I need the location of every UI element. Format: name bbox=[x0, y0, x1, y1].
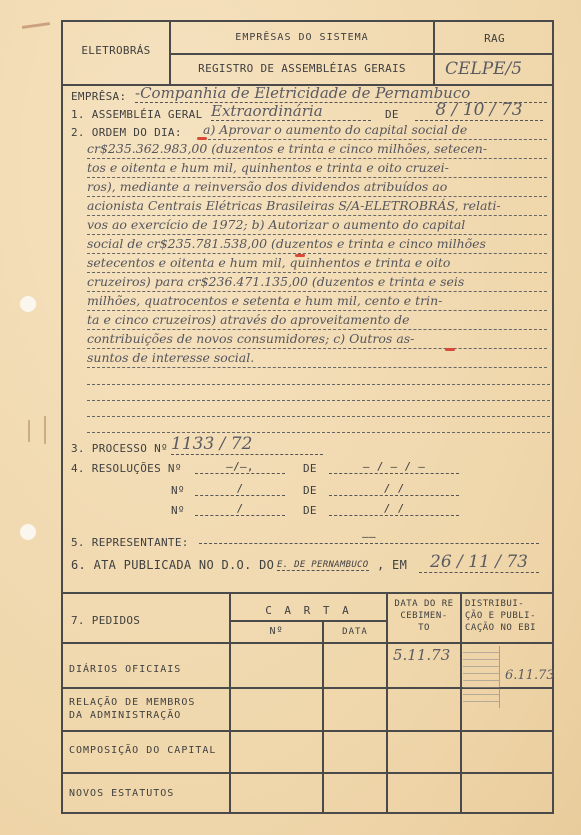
assembleia-date: 8 / 10 / 73 bbox=[415, 100, 543, 121]
carta-no-header: Nº bbox=[231, 626, 322, 637]
punch-hole-top bbox=[20, 296, 36, 312]
ordem-line: social de cr$235.781.538,00 (duzentos e … bbox=[87, 235, 547, 254]
resolucao-de-label: DE bbox=[303, 484, 317, 497]
ata-date: 26 / 11 / 73 bbox=[419, 552, 539, 573]
blank-line bbox=[87, 384, 550, 385]
resolucao-no: —/—, bbox=[195, 460, 285, 474]
row-label-relacao-membros: RELAÇÃO DE MEMBROS DA ADMINISTRAÇÃO bbox=[69, 696, 195, 722]
ordem-line: cr$235.362.983,00 (duzentos e trinta e c… bbox=[87, 140, 547, 159]
distribuicao-date: 6.11.73 bbox=[505, 668, 555, 683]
ordem-line: a) Aprovar o aumento do capital social d… bbox=[203, 121, 547, 140]
form-title: REGISTRO DE ASSEMBLÉIAS GERAIS bbox=[171, 62, 433, 75]
org-name: ELETROBRÁS bbox=[63, 44, 169, 57]
resolucao-de-label: DE bbox=[303, 504, 317, 517]
ordem-line: suntos de interesse social. bbox=[87, 349, 547, 368]
row-label-diarios-oficiais: DIÁRIOS OFICIAIS bbox=[69, 664, 181, 675]
table-top-border bbox=[63, 592, 554, 594]
ordem-line: milhões, quatrocentos e setenta e hum mi… bbox=[87, 292, 547, 311]
processo-label: 3. PROCESSO Nº bbox=[71, 442, 168, 455]
resolucao-no-label: Nº bbox=[171, 504, 185, 517]
col-divider bbox=[322, 620, 324, 814]
ordem-line: acionista Centrais Elétricas Brasileiras… bbox=[87, 197, 547, 216]
resolucao-no-value: / bbox=[195, 482, 285, 496]
red-mark-b bbox=[295, 254, 305, 257]
punch-hole-bottom bbox=[20, 524, 36, 540]
ordem-line: ta e cinco cruzeiros) através do aprovei… bbox=[87, 311, 547, 330]
margin-pencil-mark bbox=[28, 420, 30, 442]
carta-data-header: DATA bbox=[324, 627, 386, 637]
recebimento-date: 5.11.73 bbox=[393, 646, 450, 664]
carta-label: C A R T A bbox=[231, 604, 386, 617]
blank-line bbox=[87, 432, 550, 433]
recebimento-header: DATA DO RE CEBIMEN- TO bbox=[388, 598, 460, 634]
red-mark-c bbox=[445, 348, 455, 351]
row-divider bbox=[63, 642, 554, 644]
header-divider-h-mid bbox=[169, 53, 554, 55]
resolucao-de-value: — / — / — bbox=[329, 460, 459, 474]
corner-mark bbox=[22, 22, 50, 29]
pedidos-label: 7. PEDIDOS bbox=[71, 614, 140, 627]
assembly-registration-form: ELETROBRÁS EMPRÊSAS DO SISTEMA REGISTRO … bbox=[61, 20, 554, 814]
ordem-line: contribuições de novos consumidores; c) … bbox=[87, 330, 547, 349]
rag-value: CELPE/5 bbox=[445, 59, 522, 79]
ordem-line: ros), mediante a reinversão dos dividend… bbox=[87, 178, 547, 197]
resolucao-no-value: —/—, bbox=[195, 460, 285, 474]
resolucao-no-label: Nº bbox=[171, 484, 185, 497]
blank-line bbox=[87, 400, 550, 401]
ata-value: E. DE PERNAMBUCO bbox=[277, 560, 369, 571]
ordem-line: cruzeiros) para cr$236.471.135,00 (duzen… bbox=[87, 273, 547, 292]
blank-line bbox=[87, 416, 550, 417]
margin-pencil-mark bbox=[44, 416, 46, 444]
resolucao-de-value: / / bbox=[329, 482, 459, 496]
initials-scribble bbox=[463, 646, 500, 708]
distribuicao-header: DISTRIBUI- ÇÃO E PUBLI- CAÇÃO NO EBI bbox=[465, 598, 553, 634]
rag-label: RAG bbox=[435, 32, 554, 45]
ata-label: 6. ATA PUBLICADA NO D.O. DO bbox=[71, 558, 274, 572]
carta-subdivider bbox=[229, 620, 387, 622]
assembleia-de-label: DE bbox=[385, 108, 399, 121]
red-mark-a bbox=[197, 137, 207, 140]
ata-em-label: , EM bbox=[377, 558, 407, 572]
resolucao-de-value: / / bbox=[329, 502, 459, 516]
representante-label: 5. REPRESENTANTE: bbox=[71, 536, 189, 549]
section-title: EMPRÊSAS DO SISTEMA bbox=[171, 32, 433, 43]
ordem-line: setecentos e oitenta e hum mil, quinhent… bbox=[87, 254, 547, 273]
row-divider bbox=[63, 772, 554, 774]
row-label-composicao-capital: COMPOSIÇÃO DO CAPITAL bbox=[69, 745, 216, 756]
empresa-label: EMPRÊSA: bbox=[71, 90, 126, 103]
assembleia-label: 1. ASSEMBLÉIA GERAL bbox=[71, 108, 203, 121]
resolucoes-label: 4. RESOLUÇÕES Nº bbox=[71, 462, 182, 475]
resolucao-de-label: DE bbox=[303, 462, 317, 475]
row-divider bbox=[63, 730, 554, 732]
ordem-label: 2. ORDEM DO DIA: bbox=[71, 126, 182, 139]
ordem-line: tos e oitenta e hum mil, quinhentos e tr… bbox=[87, 159, 547, 178]
row-label-novos-estatutos: NOVOS ESTATUTOS bbox=[69, 788, 174, 799]
processo-value: 1133 / 72 bbox=[171, 434, 323, 455]
resolucao-no-value: / bbox=[195, 502, 285, 516]
representante-value: —— bbox=[199, 530, 539, 544]
assembleia-value: Extraordinária bbox=[211, 102, 371, 121]
col-divider bbox=[460, 592, 462, 814]
ordem-line: vos ao exercício de 1972; b) Autorizar o… bbox=[87, 216, 547, 235]
